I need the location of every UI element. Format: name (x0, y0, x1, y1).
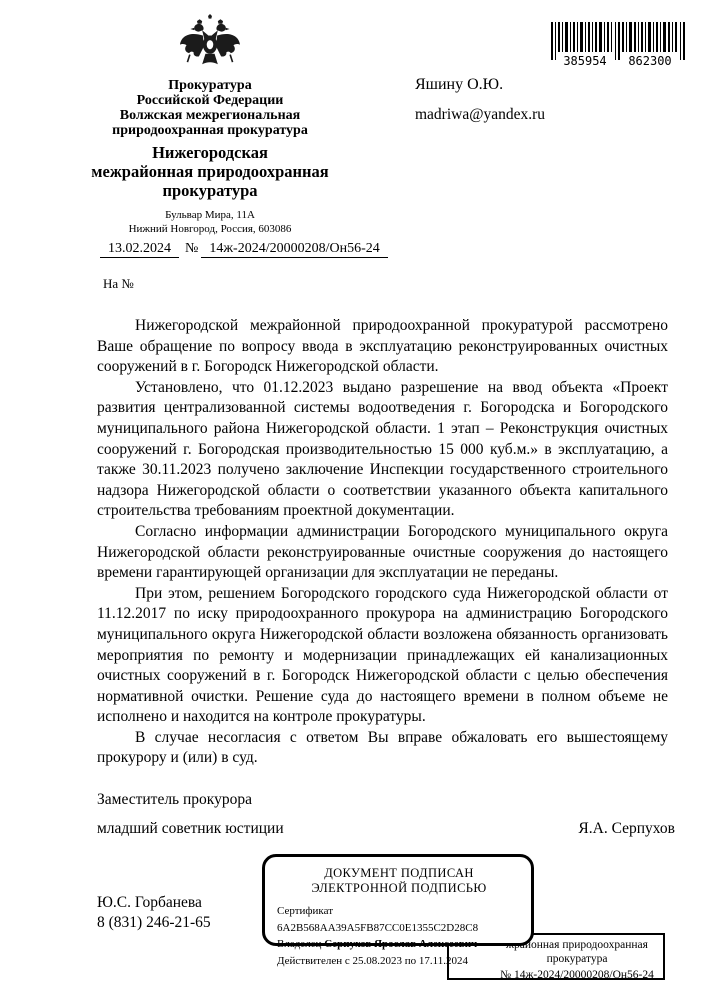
reference-number-label: На № (103, 276, 134, 292)
esign-certificate-value: 6A2B568AA39A5FB87CC0E1355C2D28C8 (277, 922, 478, 934)
org-name-line: природоохранная прокуратура (70, 123, 350, 138)
signer-name: Я.А. Серпухов (578, 820, 675, 838)
signer-position-line2: младший советник юстиции (97, 820, 284, 838)
esign-certificate-label: Сертификат (277, 905, 333, 917)
unit-name-line: межрайонная природоохранная (70, 162, 350, 181)
signer-position-line1: Заместитель прокурора (97, 791, 675, 809)
org-name-line: Волжская межрегиональная (70, 108, 350, 123)
recipient-name: Яшину О.Ю. (415, 76, 503, 94)
paragraph: Согласно информации администрации Богоро… (97, 522, 668, 584)
esign-owner-label: Владелец (277, 938, 321, 950)
esign-title-line1: ДОКУМЕНТ ПОДПИСАН (277, 866, 521, 881)
barcode: 385954 862300 (551, 22, 687, 73)
executor-contact: Ю.С. Горбанева 8 (831) 246-21-65 (97, 893, 211, 933)
address-block: Бульвар Мира, 11А Нижний Новгород, Росси… (70, 209, 350, 236)
letterhead: Прокуратура Российской Федерации Волжска… (70, 14, 350, 236)
esign-title-line2: ЭЛЕКТРОННОЙ ПОДПИСЬЮ (277, 881, 521, 896)
coat-of-arms-icon (177, 14, 243, 74)
org-name-line: Российской Федерации (70, 93, 350, 108)
date-and-number-row: 13.02.2024№14ж-2024/20000208/Он56-24 (100, 241, 520, 257)
org-name-line: Прокуратура (70, 78, 350, 93)
document-date: 13.02.2024 (100, 241, 179, 258)
recipient-email: madriwa@yandex.ru (415, 106, 545, 124)
registration-stamp-number: 14ж-2024/20000208/Он56-24 (514, 969, 654, 981)
number-sign: № (179, 241, 201, 256)
paragraph: При этом, решением Богородского городско… (97, 584, 668, 728)
address-line: Нижний Новгород, Россия, 603086 (70, 223, 350, 237)
signature-block: Заместитель прокурора младший советник ю… (97, 791, 675, 838)
barcode-icon: 385954 862300 (551, 22, 687, 68)
barcode-digits-left: 385954 (563, 54, 606, 68)
unit-name-line: Нижегородская (70, 143, 350, 162)
unit-name-line: прокуратура (70, 181, 350, 200)
electronic-signature-stamp: ДОКУМЕНТ ПОДПИСАН ЭЛЕКТРОННОЙ ПОДПИСЬЮ С… (262, 854, 534, 946)
paragraph: В случае несогласия с ответом Вы вправе … (97, 728, 668, 769)
registration-stamp-number-sign: № (500, 969, 511, 981)
executor-name: Ю.С. Горбанева (97, 893, 211, 913)
document-number: 14ж-2024/20000208/Он56-24 (201, 241, 387, 258)
esign-owner-value: Серпухов Ярослав Алексеевич (324, 938, 477, 950)
executor-phone: 8 (831) 246-21-65 (97, 913, 211, 933)
paragraph: Установлено, что 01.12.2023 выдано разре… (97, 378, 668, 522)
letter-body: Нижегородской межрайонной природоохранно… (97, 316, 668, 769)
document-page: Прокуратура Российской Федерации Волжска… (0, 0, 706, 1000)
esign-validity: Действителен с 25.08.2023 по 17.11.2024 (277, 953, 521, 970)
barcode-digits-right: 862300 (628, 54, 671, 68)
address-line: Бульвар Мира, 11А (70, 209, 350, 223)
paragraph: Нижегородской межрайонной природоохранно… (97, 316, 668, 378)
unit-name-block: Нижегородская межрайонная природоохранна… (70, 143, 350, 200)
